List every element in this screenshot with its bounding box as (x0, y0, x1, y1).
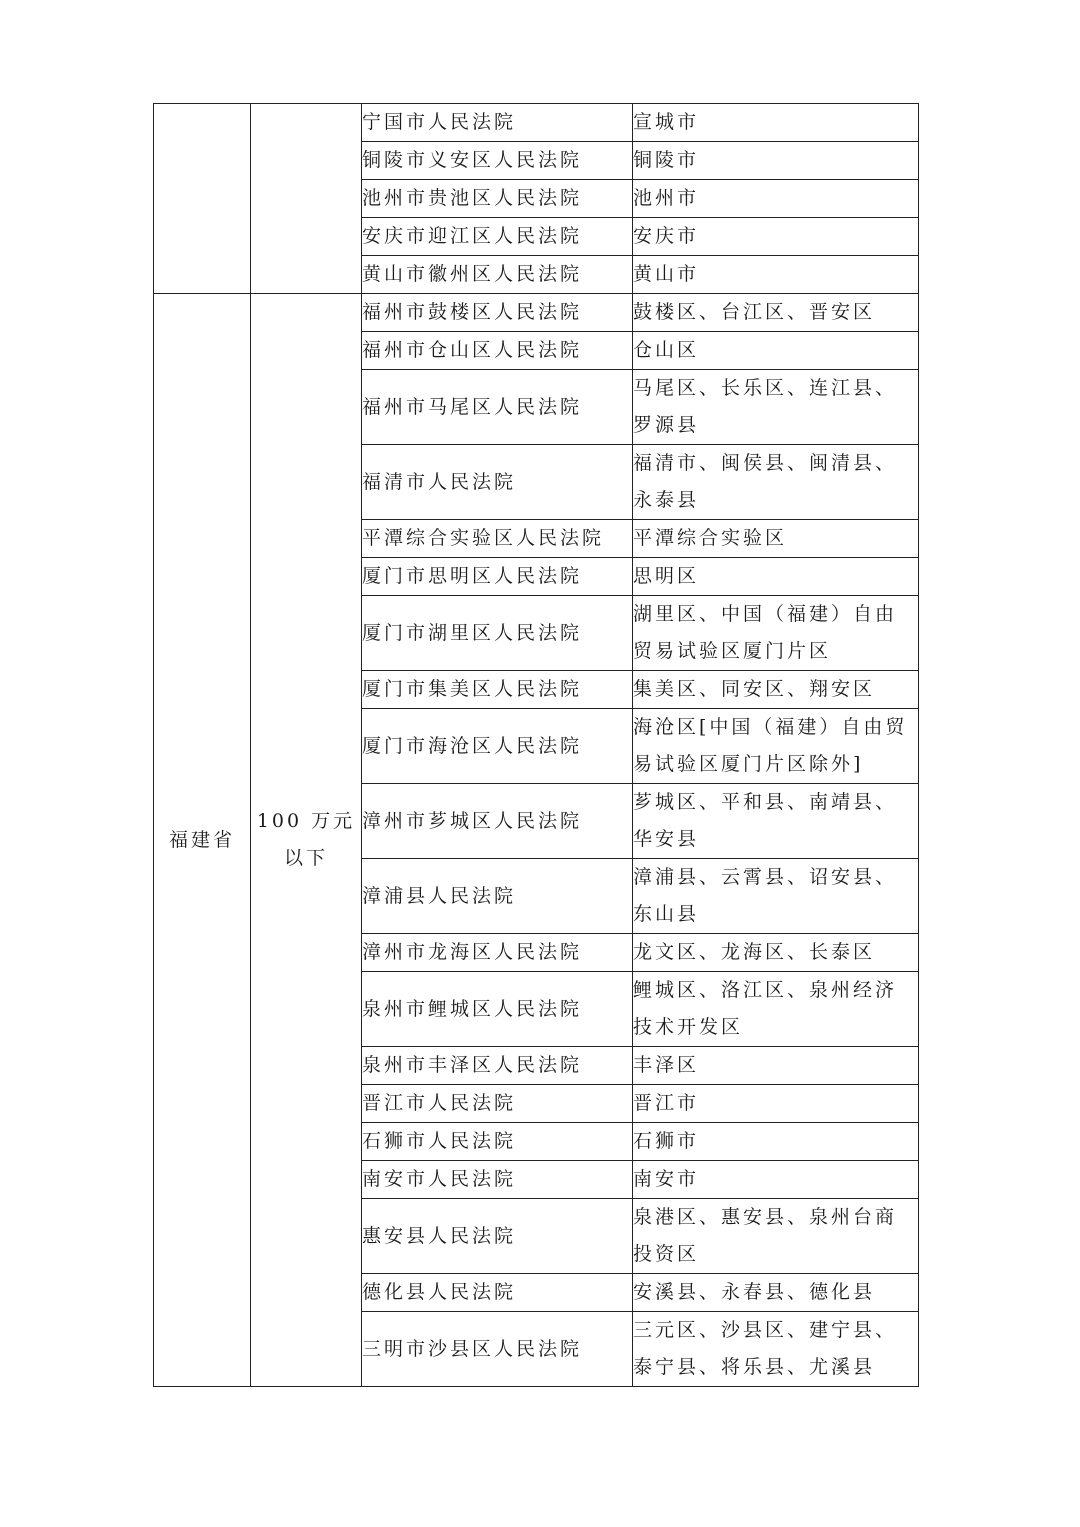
jurisdiction-cell: 晋江市 (633, 1085, 919, 1123)
court-name-cell: 福州市鼓楼区人民法院 (362, 294, 633, 332)
jurisdiction-cell: 漳浦县、云霄县、诏安县、东山县 (633, 859, 919, 934)
jurisdiction-cell: 马尾区、长乐区、连江县、罗源县 (633, 370, 919, 445)
jurisdiction-cell: 安庆市 (633, 218, 919, 256)
jurisdiction-cell: 仓山区 (633, 332, 919, 370)
court-name-cell: 漳浦县人民法院 (362, 859, 633, 934)
province-cell (154, 104, 251, 294)
jurisdiction-cell: 丰泽区 (633, 1047, 919, 1085)
jurisdiction-cell: 集美区、同安区、翔安区 (633, 671, 919, 709)
court-name-cell: 南安市人民法院 (362, 1161, 633, 1199)
court-name-cell: 厦门市湖里区人民法院 (362, 596, 633, 671)
court-name-cell: 泉州市鲤城区人民法院 (362, 972, 633, 1047)
jurisdiction-cell: 福清市、闽侯县、闽清县、永泰县 (633, 445, 919, 520)
court-name-cell: 池州市贵池区人民法院 (362, 180, 633, 218)
amount-cell (251, 104, 362, 294)
jurisdiction-cell: 南安市 (633, 1161, 919, 1199)
court-name-cell: 福州市仓山区人民法院 (362, 332, 633, 370)
court-name-cell: 漳州市龙海区人民法院 (362, 934, 633, 972)
jurisdiction-cell: 宣城市 (633, 104, 919, 142)
jurisdiction-cell: 黄山市 (633, 256, 919, 294)
amount-cell: 100 万元以下 (251, 294, 362, 1387)
court-name-cell: 德化县人民法院 (362, 1274, 633, 1312)
court-name-cell: 宁国市人民法院 (362, 104, 633, 142)
table-row: 宁国市人民法院宣城市 (154, 104, 919, 142)
court-jurisdiction-table: 宁国市人民法院宣城市铜陵市义安区人民法院铜陵市池州市贵池区人民法院池州市安庆市迎… (153, 103, 919, 1387)
jurisdiction-cell: 三元区、沙县区、建宁县、泰宁县、将乐县、尤溪县 (633, 1312, 919, 1387)
jurisdiction-cell: 湖里区、中国（福建）自由贸易试验区厦门片区 (633, 596, 919, 671)
jurisdiction-cell: 铜陵市 (633, 142, 919, 180)
jurisdiction-cell: 池州市 (633, 180, 919, 218)
amount-line: 以下 (251, 840, 361, 877)
jurisdiction-cell: 思明区 (633, 558, 919, 596)
court-name-cell: 福州市马尾区人民法院 (362, 370, 633, 445)
jurisdiction-cell: 芗城区、平和县、南靖县、华安县 (633, 784, 919, 859)
province-cell: 福建省 (154, 294, 251, 1387)
court-name-cell: 晋江市人民法院 (362, 1085, 633, 1123)
court-name-cell: 石狮市人民法院 (362, 1123, 633, 1161)
jurisdiction-cell: 海沧区[中国（福建）自由贸易试验区厦门片区除外] (633, 709, 919, 784)
jurisdiction-cell: 平潭综合实验区 (633, 520, 919, 558)
court-name-cell: 厦门市海沧区人民法院 (362, 709, 633, 784)
jurisdiction-cell: 安溪县、永春县、德化县 (633, 1274, 919, 1312)
jurisdiction-cell: 石狮市 (633, 1123, 919, 1161)
jurisdiction-cell: 鼓楼区、台江区、晋安区 (633, 294, 919, 332)
court-name-cell: 安庆市迎江区人民法院 (362, 218, 633, 256)
jurisdiction-cell: 泉港区、惠安县、泉州台商投资区 (633, 1199, 919, 1274)
court-name-cell: 厦门市思明区人民法院 (362, 558, 633, 596)
court-name-cell: 平潭综合实验区人民法院 (362, 520, 633, 558)
court-name-cell: 惠安县人民法院 (362, 1199, 633, 1274)
court-name-cell: 泉州市丰泽区人民法院 (362, 1047, 633, 1085)
table-row: 福建省100 万元以下福州市鼓楼区人民法院鼓楼区、台江区、晋安区 (154, 294, 919, 332)
court-name-cell: 黄山市徽州区人民法院 (362, 256, 633, 294)
amount-line: 100 万元 (251, 803, 361, 840)
jurisdiction-cell: 鲤城区、洛江区、泉州经济技术开发区 (633, 972, 919, 1047)
court-name-cell: 铜陵市义安区人民法院 (362, 142, 633, 180)
jurisdiction-cell: 龙文区、龙海区、长泰区 (633, 934, 919, 972)
court-name-cell: 厦门市集美区人民法院 (362, 671, 633, 709)
court-name-cell: 福清市人民法院 (362, 445, 633, 520)
court-name-cell: 漳州市芗城区人民法院 (362, 784, 633, 859)
court-name-cell: 三明市沙县区人民法院 (362, 1312, 633, 1387)
